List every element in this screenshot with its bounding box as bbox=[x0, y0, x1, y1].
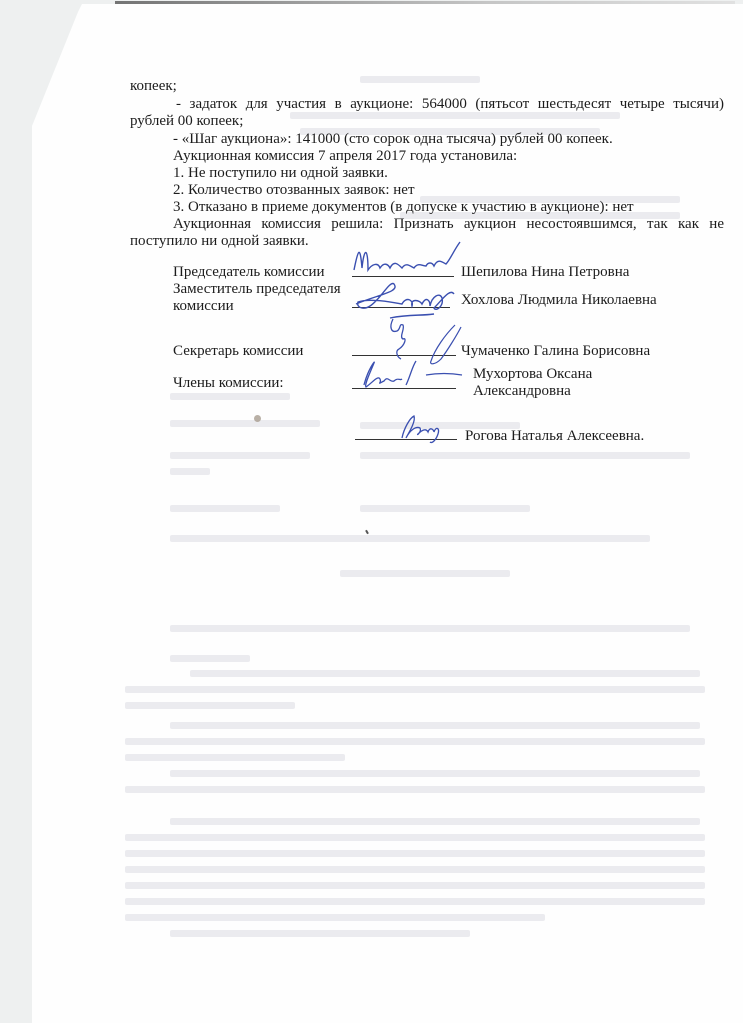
text-line-decision: Аукционная комиссия решила: Признать аук… bbox=[173, 216, 724, 233]
signature-member-1-icon bbox=[354, 355, 464, 400]
role-chairman: Председатель комиссии bbox=[173, 264, 325, 281]
page-top-edge bbox=[115, 1, 735, 4]
text-line-item-2: 2. Количество отозванных заявок: нет bbox=[173, 182, 415, 199]
role-members: Члены комиссии: bbox=[173, 375, 284, 392]
text-line-item-1: 1. Не поступило ни одной заявки. bbox=[173, 165, 388, 182]
name-member-1-line2: Александровна bbox=[473, 383, 571, 400]
role-deputy-line1: Заместитель председателя bbox=[173, 281, 341, 298]
text-line-auction-step: - «Шаг аукциона»: 141000 (сто сорок одна… bbox=[173, 131, 613, 148]
text-line-deposit-cont: рублей 00 копеек; bbox=[130, 113, 243, 130]
scan-speck bbox=[254, 415, 261, 422]
role-deputy-line2: комиссии bbox=[173, 298, 234, 315]
name-secretary: Чумаченко Галина Борисовна bbox=[461, 343, 650, 360]
text-line-commission-established: Аукционная комиссия 7 апреля 2017 года у… bbox=[173, 148, 517, 165]
text-line-kopeek: копеек; bbox=[130, 78, 177, 95]
name-deputy: Хохлова Людмила Николаевна bbox=[461, 292, 657, 309]
role-secretary: Секретарь комиссии bbox=[173, 343, 303, 360]
signature-member-2-icon bbox=[398, 412, 458, 451]
name-chairman: Шепилова Нина Петровна bbox=[461, 264, 629, 281]
text-line-item-3: 3. Отказано в приеме документов (в допус… bbox=[173, 199, 634, 216]
name-member-2: Рогова Наталья Алексеевна. bbox=[465, 428, 644, 445]
text-line-deposit: - задаток для участия в аукционе: 564000… bbox=[176, 96, 724, 113]
text-line-decision-cont: поступило ни одной заявки. bbox=[130, 233, 309, 250]
name-member-1-line1: Мухортова Оксана bbox=[473, 366, 592, 383]
